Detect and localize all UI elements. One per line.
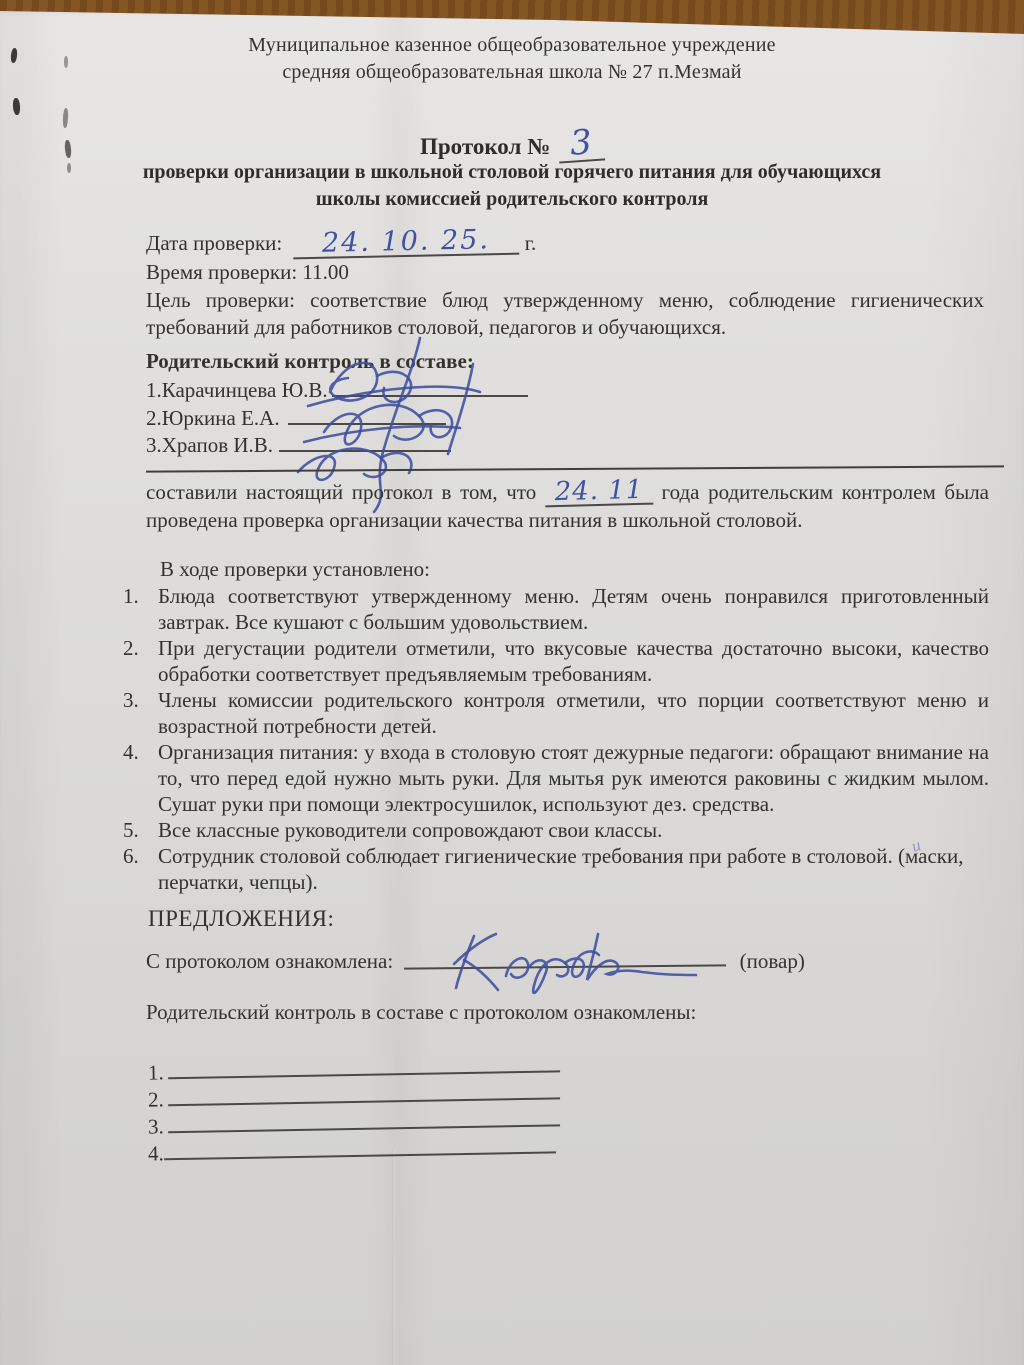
row-number: 2.: [148, 1087, 164, 1111]
item-number: 3.: [123, 687, 158, 739]
date-value-handwritten: 24. 10. 25.: [322, 224, 491, 259]
photo-of-protocol-document: Муниципальное казенное общеобразовательн…: [0, 0, 1024, 1365]
findings-heading: В ходе проверки установлено:: [160, 557, 430, 582]
statement-date-handwritten: 24. 11: [554, 475, 643, 507]
date-label: Дата проверки:: [146, 231, 282, 255]
statement-before-date: составили настоящий протокол в том, что: [146, 480, 536, 504]
protocol-title-row: Протокол № 3: [0, 126, 1024, 162]
cook-signature-ink: [446, 918, 746, 998]
item-text: Члены комиссии родительского контроля от…: [158, 687, 989, 739]
row-number: 1.: [148, 1060, 164, 1084]
purpose-paragraph: Цель проверки: соответствие блюд утвержд…: [146, 287, 984, 341]
item-number: 2.: [123, 635, 158, 687]
committee-ack-label: Родительский контроль в составе с проток…: [146, 1000, 696, 1025]
protocol-label: Протокол №: [420, 134, 550, 159]
row-number: 4.: [148, 1141, 164, 1165]
cook-role: (повар): [740, 949, 805, 973]
finding-item: 6. Сотрудник столовой соблюдает гигиенич…: [123, 843, 989, 895]
protocol-number-handwritten: 3: [569, 122, 593, 163]
cook-ack-label: С протоколом ознакомлена:: [146, 949, 393, 973]
institution-name-line1: Муниципальное казенное общеобразовательн…: [0, 34, 1024, 57]
item-text: Сотрудник столовой соблюдает гигиеническ…: [158, 843, 989, 895]
member-name: 2.Юркина Е.А.: [146, 406, 280, 430]
statement-paragraph: составили настоящий протокол в том, что …: [146, 478, 989, 534]
item-number: 4.: [123, 739, 158, 817]
finding-item: 3. Члены комиссии родительского контроля…: [123, 687, 989, 739]
item-number: 6.: [123, 843, 158, 895]
time-row: Время проверки: 11.00: [146, 260, 349, 285]
item-number: 5.: [123, 817, 158, 843]
date-row: Дата проверки: 24. 10. 25. г.: [146, 228, 536, 257]
protocol-subtitle-line2: школы комиссией родительского контроля: [0, 188, 1024, 211]
item-text: При дегустации родители отметили, что вк…: [158, 635, 989, 687]
item-text: Все классные руководители сопровождают с…: [158, 817, 989, 843]
item-number: 1.: [123, 583, 158, 635]
member-name: 3.Храпов И.В.: [146, 433, 273, 457]
paper-crease: [392, 1150, 395, 1365]
row-number: 3.: [148, 1114, 164, 1138]
item-text: Блюда соответствуют утвержденному меню. …: [158, 583, 989, 635]
finding-item: 5. Все классные руководители сопровождаю…: [123, 817, 989, 843]
protocol-subtitle-line1: проверки организации в школьной столовой…: [0, 161, 1024, 184]
finding-item: 4. Организация питания: у входа в столов…: [123, 739, 989, 817]
institution-name-line2: средняя общеобразовательная школа № 27 п…: [0, 61, 1024, 84]
findings-list: 1. Блюда соответствуют утвержденному мен…: [123, 583, 989, 895]
item-text: Организация питания: у входа в столовую …: [158, 739, 989, 817]
date-suffix: г.: [525, 231, 537, 255]
proposals-heading: ПРЕДЛОЖЕНИЯ:: [148, 906, 334, 932]
finding-item: 1. Блюда соответствуют утвержденному мен…: [123, 583, 989, 635]
finding-item: 2. При дегустации родители отметили, что…: [123, 635, 989, 687]
